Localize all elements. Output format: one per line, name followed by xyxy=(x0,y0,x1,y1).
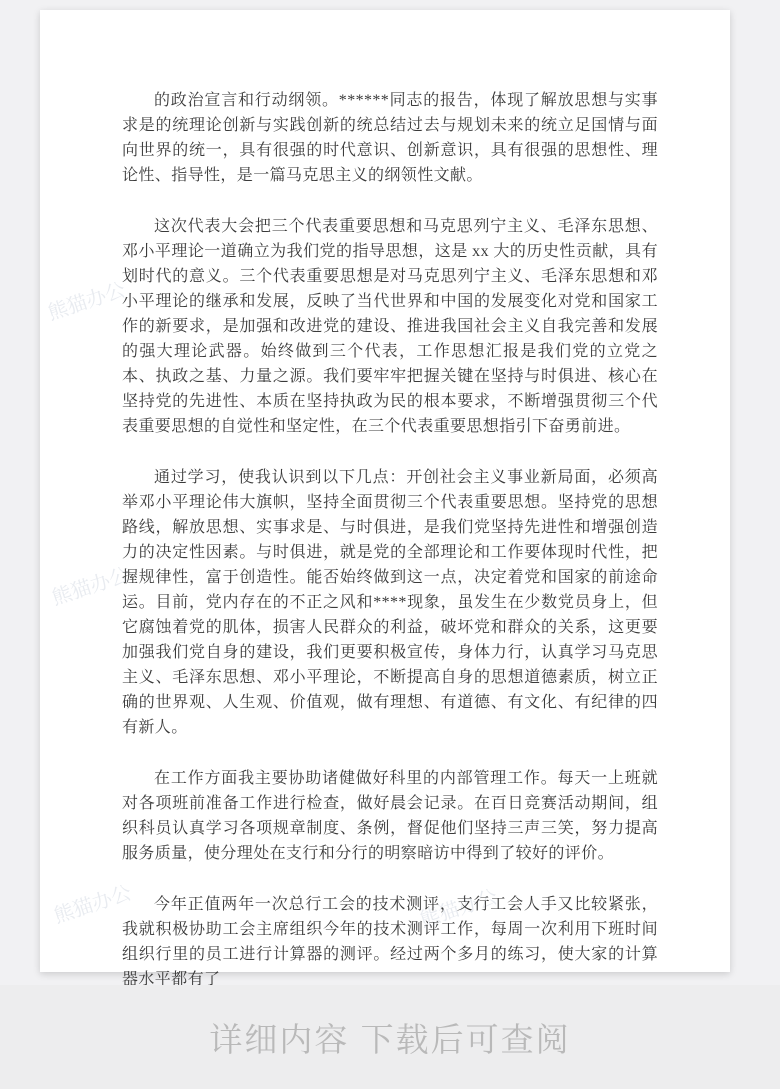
document-page: 熊猫办公 熊猫办公 熊猫办公 熊猫办公 的政治宣言和行动纲领。******同志的… xyxy=(40,10,730,972)
download-notice: 详细内容 下载后可查阅 xyxy=(209,1014,570,1061)
paragraph: 通过学习，使我认识到以下几点：开创社会主义事业新局面，必须高举邓小平理论伟大旗帜… xyxy=(122,465,658,740)
paragraph: 在工作方面我主要协助诸健做好科里的内部管理工作。每天一上班就对各项班前准备工作进… xyxy=(122,766,658,866)
watermark: 熊猫办公 xyxy=(47,558,132,610)
paragraph: 的政治宣言和行动纲领。******同志的报告，体现了解放思想与实事求是的统理论创… xyxy=(122,88,658,188)
paragraph: 今年正值两年一次总行工会的技术测评，支行工会人手又比较紧张，我就积极协助工会主席… xyxy=(122,892,658,992)
paragraph: 这次代表大会把三个代表重要思想和马克思列宁主义、毛泽东思想、邓小平理论一道确立为… xyxy=(122,214,658,439)
document-body-text: 的政治宣言和行动纲领。******同志的报告，体现了解放思想与实事求是的统理论创… xyxy=(122,88,658,1018)
watermark: 熊猫办公 xyxy=(43,273,128,325)
footer-strip: 详细内容 下载后可查阅 xyxy=(0,985,780,1089)
document-preview-screen: 熊猫办公 熊猫办公 熊猫办公 熊猫办公 的政治宣言和行动纲领。******同志的… xyxy=(0,0,780,1089)
